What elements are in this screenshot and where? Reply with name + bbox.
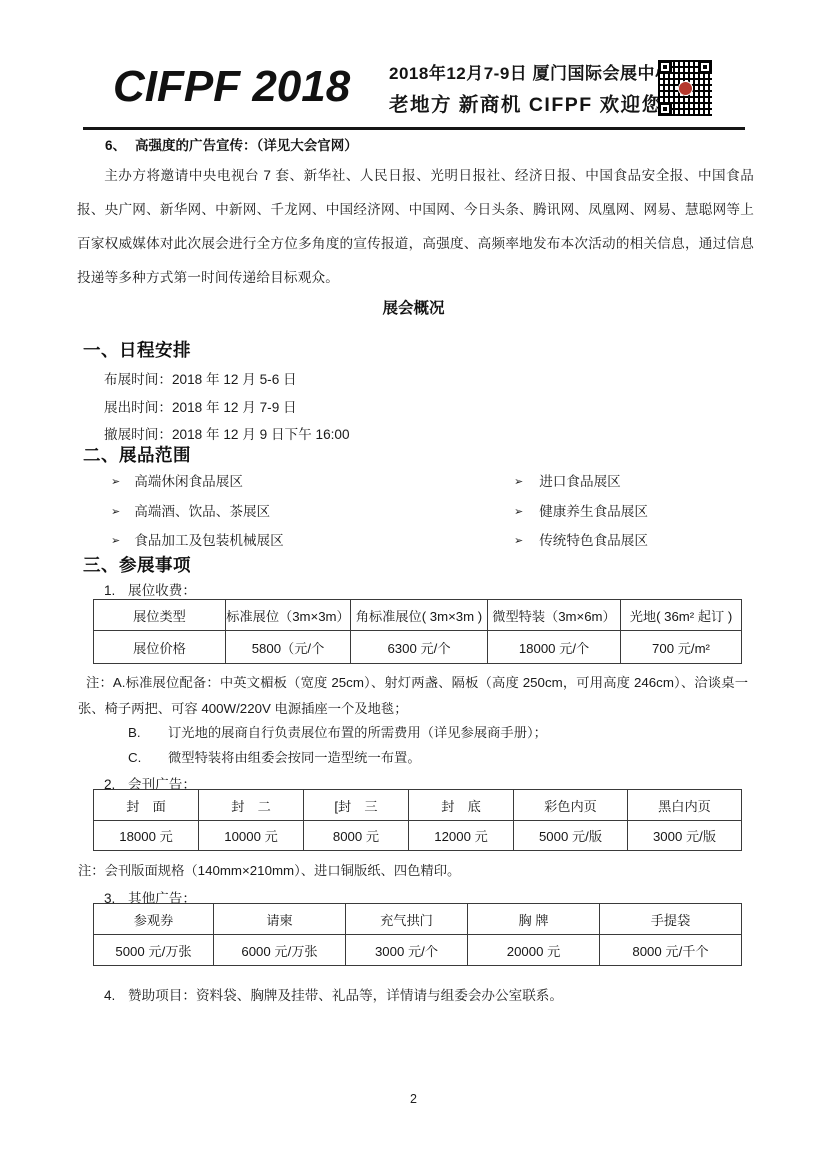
schedule-item: 展出时间：2018 年 12 月 7-9 日 (104, 394, 350, 422)
qr-finder-icon (658, 60, 672, 74)
scope-item-label: 健康养生食品展区 (539, 498, 648, 526)
table-row: 18000 元 10000 元 8000 元 12000 元 5000 元/版 … (94, 821, 742, 851)
note-text: 订光地的展商自行负责展位布置的所需费用（详见参展商手册）； (168, 725, 547, 740)
item-label: 展位收费： (128, 583, 196, 598)
table-cell: 5800（元/个 (226, 631, 351, 664)
qr-finder-icon (698, 60, 712, 74)
item-4-sponsorship: 4.赞助项目：资料袋、胸牌及挂带、礼品等，详情请与组委会办公室联系。 (104, 984, 563, 1004)
arrow-bullet-icon: ➢ (111, 469, 120, 497)
table-cell: 展位价格 (94, 631, 226, 664)
table-header-cell: 手提袋 (600, 904, 742, 935)
section-6-title: 高强度的广告宣传：（详见大会官网） (135, 138, 358, 153)
scope-item: ➢进口食品展区 (487, 468, 745, 498)
advertising-paragraph: 主办方将邀请中央电视台 7 套、新华社、人民日报、光明日报社、经济日报、中国食品… (77, 159, 754, 295)
scope-item-label: 高端休闲食品展区 (134, 468, 243, 496)
table-row: 5000 元/万张 6000 元/万张 3000 元/个 20000 元 800… (94, 935, 742, 966)
booth-note-a: 注：A.标准展位配备：中英文楣板（宽度 25cm）、射灯两盏、隔板（高度 250… (78, 670, 748, 721)
scope-item-label: 食品加工及包装机械展区 (134, 527, 284, 555)
arrow-bullet-icon: ➢ (111, 499, 120, 527)
table-cell: 3000 元/版 (628, 821, 742, 851)
booth-note-b: B.订光地的展商自行负责展位布置的所需费用（详见参展商手册）； (128, 722, 547, 741)
qr-code (658, 60, 712, 116)
table-cell: 700 元/m² (621, 631, 742, 664)
scope-item-label: 进口食品展区 (539, 468, 621, 496)
table-header-row: 封 面 封 二 [封 三 封 底 彩色内页 黑白内页 (94, 790, 742, 821)
scope-item: ➢传统特色食品展区 (487, 527, 745, 557)
table-header-cell: 封 底 (409, 790, 514, 821)
overview-title: 展会概况 (0, 296, 827, 318)
table-header-cell: 黑白内页 (628, 790, 742, 821)
item-1-booth-fee: 1.展位收费： (104, 579, 196, 599)
note-letter: B. (128, 725, 168, 740)
table-header-cell: [封 三 (304, 790, 409, 821)
table-cell: 6000 元/万张 (214, 935, 346, 966)
table-header-cell: 封 面 (94, 790, 199, 821)
note-letter: C. (128, 750, 168, 765)
arrow-bullet-icon: ➢ (514, 469, 523, 497)
table-header-cell: 彩色内页 (514, 790, 628, 821)
schedule-list: 布展时间：2018 年 12 月 5-6 日 展出时间：2018 年 12 月 … (104, 366, 350, 449)
item-number: 1. (104, 583, 121, 598)
header: CIFPF 2018 2018年12月7-9日 厦门国际会展中心 老地方 新商机… (83, 55, 745, 130)
table-cell: 5000 元/万张 (94, 935, 214, 966)
scope-list: ➢高端休闲食品展区 ➢进口食品展区 ➢高端酒、饮品、茶展区 ➢健康养生食品展区 … (83, 468, 745, 557)
table-cell: 18000 元/个 (488, 631, 621, 664)
booth-fee-table: 展位类型 标准展位（3m×3m） 角标准展位( 3m×3m ) 微型特装（3m×… (93, 599, 742, 664)
table-header-cell: 角标准展位( 3m×3m ) (351, 600, 488, 631)
table-header-cell: 光地( 36m² 起订 ) (621, 600, 742, 631)
table-cell: 20000 元 (468, 935, 600, 966)
scope-heading: 二、展品范围 (83, 442, 191, 467)
table-header-row: 参观券 请柬 充气拱门 胸 牌 手提袋 (94, 904, 742, 935)
header-slogan: 老地方 新商机 CIFPF 欢迎您 (389, 89, 673, 117)
item-number: 4. (104, 988, 121, 1003)
schedule-item: 布展时间：2018 年 12 月 5-6 日 (104, 366, 350, 394)
qr-center-seal-icon (678, 81, 693, 96)
journal-ad-table: 封 面 封 二 [封 三 封 底 彩色内页 黑白内页 18000 元 10000… (93, 789, 742, 851)
table-header-cell: 微型特装（3m×6m） (488, 600, 621, 631)
scope-item: ➢高端休闲食品展区 (83, 468, 487, 498)
item-label: 赞助项目：资料袋、胸牌及挂带、礼品等，详情请与组委会办公室联系。 (128, 988, 563, 1003)
table-header-cell: 展位类型 (94, 600, 226, 631)
table-header-cell: 参观券 (94, 904, 214, 935)
journal-note: 注：会刊版面规格（140mm×210mm）、进口铜版纸、四色精印。 (78, 860, 460, 879)
header-text-block: 2018年12月7-9日 厦门国际会展中心 老地方 新商机 CIFPF 欢迎您 (389, 59, 673, 117)
participation-heading: 三、参展事项 (83, 552, 191, 577)
other-ad-table: 参观券 请柬 充气拱门 胸 牌 手提袋 5000 元/万张 6000 元/万张 … (93, 903, 742, 966)
table-cell: 5000 元/版 (514, 821, 628, 851)
cifpf-logo: CIFPF 2018 (113, 57, 350, 117)
table-header-cell: 胸 牌 (468, 904, 600, 935)
table-header-cell: 请柬 (214, 904, 346, 935)
page: CIFPF 2018 2018年12月7-9日 厦门国际会展中心 老地方 新商机… (0, 0, 827, 1169)
table-cell: 10000 元 (199, 821, 304, 851)
scope-item-label: 高端酒、饮品、茶展区 (134, 498, 270, 526)
scope-item-label: 传统特色食品展区 (539, 527, 648, 555)
header-date-venue: 2018年12月7-9日 厦门国际会展中心 (389, 59, 673, 84)
table-cell: 8000 元/千个 (600, 935, 742, 966)
table-cell: 6300 元/个 (351, 631, 488, 664)
table-cell: 3000 元/个 (346, 935, 468, 966)
section-6-heading: 6、高强度的广告宣传：（详见大会官网） (105, 134, 358, 154)
schedule-heading: 一、日程安排 (83, 337, 191, 362)
table-header-cell: 标准展位（3m×3m） (226, 600, 351, 631)
table-cell: 8000 元 (304, 821, 409, 851)
scope-item: ➢高端酒、饮品、茶展区 (83, 498, 487, 528)
table-cell: 12000 元 (409, 821, 514, 851)
table-header-row: 展位类型 标准展位（3m×3m） 角标准展位( 3m×3m ) 微型特装（3m×… (94, 600, 742, 631)
table-header-cell: 充气拱门 (346, 904, 468, 935)
note-text: 微型特装将由组委会按同一造型统一布置。 (168, 750, 421, 765)
table-row: 展位价格 5800（元/个 6300 元/个 18000 元/个 700 元/m… (94, 631, 742, 664)
scope-item: ➢健康养生食品展区 (487, 498, 745, 528)
table-header-cell: 封 二 (199, 790, 304, 821)
qr-finder-icon (658, 102, 672, 116)
arrow-bullet-icon: ➢ (514, 499, 523, 527)
booth-note-c: C.微型特装将由组委会按同一造型统一布置。 (128, 747, 421, 766)
page-number: 2 (0, 1092, 827, 1106)
section-6-number: 6、 (105, 138, 126, 153)
arrow-bullet-icon: ➢ (514, 528, 523, 556)
table-cell: 18000 元 (94, 821, 199, 851)
